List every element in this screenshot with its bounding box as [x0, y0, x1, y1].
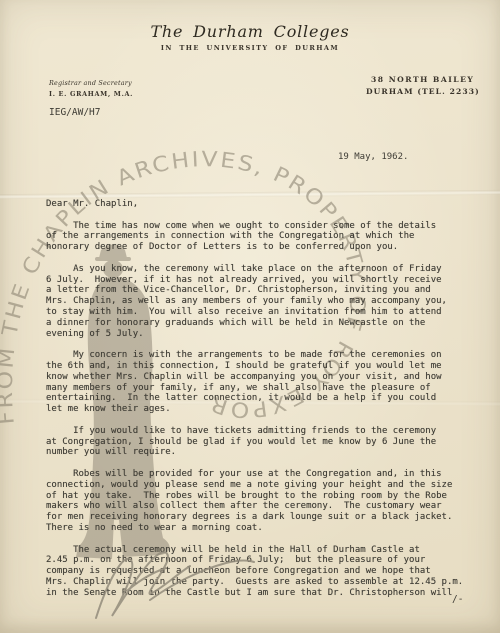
letter-date: 19 May, 1962. [338, 152, 408, 162]
address-block: 38 NORTH BAILEY DURHAM (TEL. 2233) [371, 75, 480, 96]
letter-paragraph: As you know, the ceremony will take plac… [46, 264, 476, 340]
typed-reference: IEG/AW/H7 [49, 107, 100, 118]
letterhead-subtitle: IN THE UNIVERSITY OF DURHAM [0, 44, 500, 52]
letter-paragraph: Robes will be provided for your use at t… [46, 469, 476, 534]
letter-paragraph: If you would like to have tickets admitt… [46, 426, 476, 458]
letter-paragraph: The actual ceremony will be held in the … [46, 545, 476, 599]
letter-paragraph: The time has now come when we ought to c… [46, 221, 476, 253]
address-line-1: 38 NORTH BAILEY [371, 75, 480, 84]
letter-content: The Durham Colleges IN THE UNIVERSITY OF… [0, 0, 500, 633]
letter-page: FROM THE CHAPLIN ARCHIVES, PROPERTY OF R… [0, 0, 500, 633]
address-line-2: DURHAM (TEL. 2233) [366, 87, 480, 96]
letter-paragraph: My concern is with the arrangements to b… [46, 350, 476, 415]
officer-role: Registrar and Secretary [49, 79, 133, 87]
letterhead-title: The Durham Colleges [0, 22, 500, 41]
continuation-mark: /- [452, 594, 463, 605]
officer-name: I. E. GRAHAM, M.A. [49, 90, 133, 98]
officer-block: Registrar and Secretary I. E. GRAHAM, M.… [49, 79, 133, 98]
salutation: Dear Mr. Chaplin, [46, 199, 476, 210]
letter-body: Dear Mr. Chaplin, The time has now come … [46, 199, 476, 609]
